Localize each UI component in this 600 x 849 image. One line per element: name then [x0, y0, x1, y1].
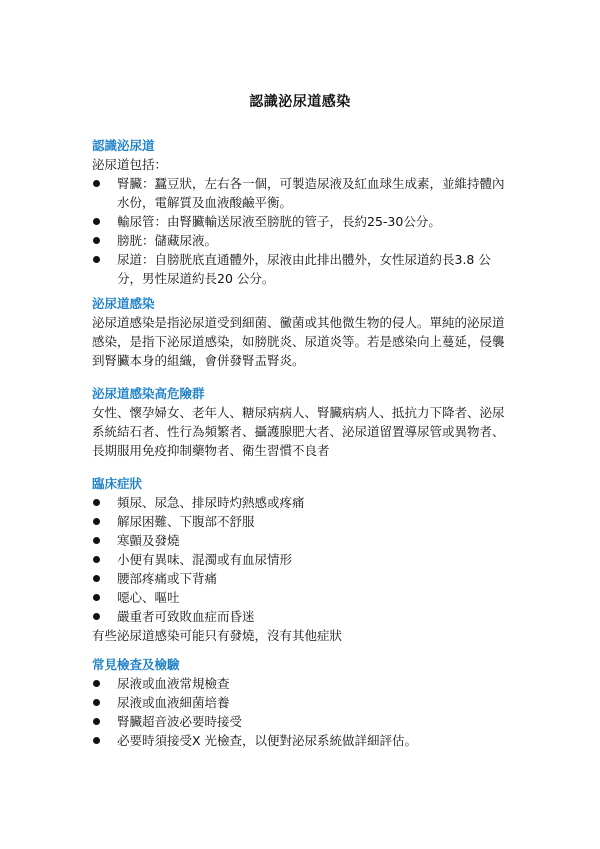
list-item: 必要時須接受X 光檢查，以便對泌尿系統做詳細評估。 [92, 731, 512, 750]
list-item: 腰部疼痛或下背痛 [92, 569, 512, 588]
list-item: 尿道：自膀胱底直通體外，尿液由此排出體外，女性尿道約長3.8 公分，男性尿道約長… [92, 250, 512, 288]
section-heading: 泌尿道感染高危險群 [92, 384, 512, 403]
list-item: 頻尿、尿急、排尿時灼熱感或疼痛 [92, 493, 512, 512]
list-item: 寒顫及發燒 [92, 531, 512, 550]
section-intro: 泌尿道包括： [92, 155, 512, 174]
bullet-icon [93, 594, 100, 601]
bullet-icon [93, 256, 100, 263]
section-symptoms: 臨床症狀 頻尿、尿急、排尿時灼熱感或疼痛 解尿困難、下腹部不舒服 寒顫及發燒 小… [92, 474, 512, 645]
document-page: 認識泌尿道感染 認識泌尿道 泌尿道包括： 腎臟：蠶豆狀，左右各一個，可製造尿液及… [0, 0, 600, 849]
page-title: 認識泌尿道感染 [0, 91, 600, 111]
list-item: 腎臟超音波必要時接受 [92, 712, 512, 731]
list-item: 嚴重者可致敗血症而昏迷 [92, 607, 512, 626]
list-item: 輸尿管：由腎臟輸送尿液至膀胱的管子，長約25-30公分。 [92, 212, 512, 231]
bullet-icon [93, 556, 100, 563]
bullet-icon [93, 218, 100, 225]
section-heading: 常見檢查及檢驗 [92, 655, 512, 674]
list-item: 尿液或血液常規檢查 [92, 674, 512, 693]
bullet-icon [93, 699, 100, 706]
section-urinary-tract: 認識泌尿道 泌尿道包括： 腎臟：蠶豆狀，左右各一個，可製造尿液及紅血球生成素，並… [92, 136, 512, 288]
section-heading: 臨床症狀 [92, 474, 512, 493]
bullet-icon [93, 499, 100, 506]
section-exams: 常見檢查及檢驗 尿液或血液常規檢查 尿液或血液細菌培養 腎臟超音波必要時接受 必… [92, 655, 512, 750]
list-item: 小便有異味、混濁或有血尿情形 [92, 550, 512, 569]
bullet-icon [93, 737, 100, 744]
list-item: 腎臟：蠶豆狀，左右各一個，可製造尿液及紅血球生成素，並維持體內水份，電解質及血液… [92, 174, 512, 212]
bullet-icon [93, 680, 100, 687]
bullet-icon [93, 718, 100, 725]
bullet-icon [93, 180, 100, 187]
section-footer-note: 有些泌尿道感染可能只有發燒，沒有其他症狀 [92, 626, 512, 645]
bullet-icon [93, 237, 100, 244]
bullet-list: 腎臟：蠶豆狀，左右各一個，可製造尿液及紅血球生成素，並維持體內水份，電解質及血液… [92, 174, 512, 288]
list-item: 噁心、嘔吐 [92, 588, 512, 607]
bullet-icon [93, 537, 100, 544]
bullet-icon [93, 613, 100, 620]
section-heading: 認識泌尿道 [92, 136, 512, 155]
section-paragraph: 女性、懷孕婦女、老年人、糖尿病病人、腎臟病病人、抵抗力下降者、泌尿系統結石者、性… [92, 403, 512, 460]
list-item: 尿液或血液細菌培養 [92, 693, 512, 712]
section-uti: 泌尿道感染 泌尿道感染是指泌尿道受到細菌、黴菌或其他微生物的侵人。單純的泌尿道感… [92, 294, 512, 370]
bullet-icon [93, 575, 100, 582]
bullet-list: 頻尿、尿急、排尿時灼熱感或疼痛 解尿困難、下腹部不舒服 寒顫及發燒 小便有異味、… [92, 493, 512, 626]
bullet-list: 尿液或血液常規檢查 尿液或血液細菌培養 腎臟超音波必要時接受 必要時須接受X 光… [92, 674, 512, 750]
list-item: 膀胱：儲藏尿液。 [92, 231, 512, 250]
section-paragraph: 泌尿道感染是指泌尿道受到細菌、黴菌或其他微生物的侵人。單純的泌尿道感染，是指下泌… [92, 313, 512, 370]
section-heading: 泌尿道感染 [92, 294, 512, 313]
section-high-risk: 泌尿道感染高危險群 女性、懷孕婦女、老年人、糖尿病病人、腎臟病病人、抵抗力下降者… [92, 384, 512, 460]
bullet-icon [93, 518, 100, 525]
list-item: 解尿困難、下腹部不舒服 [92, 512, 512, 531]
